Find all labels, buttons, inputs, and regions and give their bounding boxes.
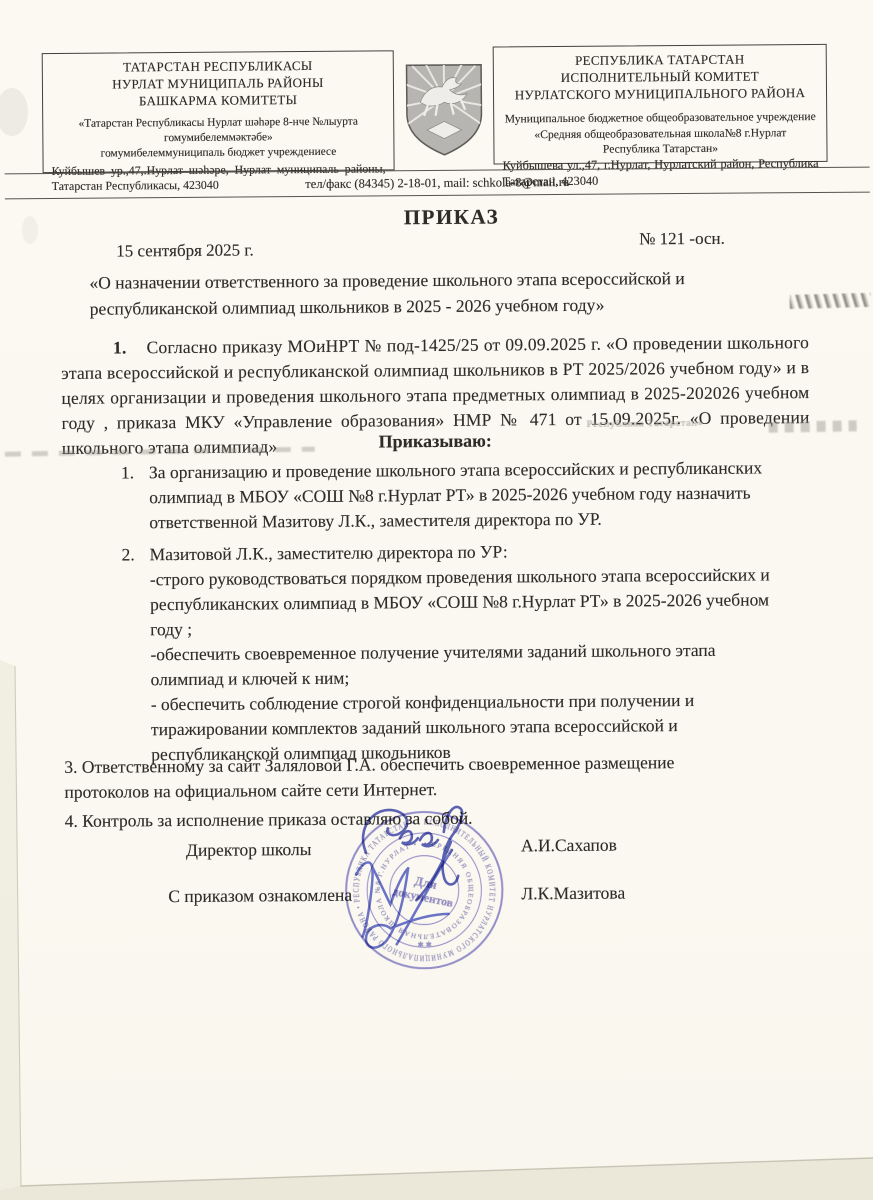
ghost-bleed-text: Республика Татарстан» [587, 418, 704, 430]
order-item-2: 2. Мазитовой Л.К., заместителю директора… [122, 537, 824, 767]
acquainted-signature [318, 840, 487, 961]
item-2-number: 2. [122, 542, 152, 767]
preamble-number: 1. [113, 337, 127, 357]
item-1-text: За организацию и проведение школьного эт… [149, 455, 822, 535]
order-item-1: 1. За организацию и проведение школьного… [121, 455, 822, 535]
item-1-number: 1. [121, 460, 150, 535]
letterhead-left-box: ТАТАРСТАН РЕСПУБЛИКАСЫ НУРЛАТ МУНИЦИПАЛЬ… [42, 50, 395, 173]
scanned-order-page: ТАТАРСТАН РЕСПУБЛИКАСЫ НУРЛАТ МУНИЦИПАЛЬ… [0, 0, 873, 1200]
letterhead-right-organization: Муниципальное бюджетное общеобразователь… [502, 109, 818, 157]
letterhead-right-box: РЕСПУБЛИКА ТАТАРСТАН ИСПОЛНИТЕЛЬНЫЙ КОМИ… [493, 44, 828, 165]
document-content: ТАТАРСТАН РЕСПУБЛИКАСЫ НУРЛАТ МУНИЦИПАЛЬ… [0, 0, 873, 1200]
smudge-artifact-right [769, 420, 857, 432]
order-item-3: 3. Ответственному за сайт Заляловой Г.А.… [64, 749, 794, 805]
dark-streak-artifact [789, 293, 870, 309]
letterhead: ТАТАРСТАН РЕСПУБЛИКАСЫ НУРЛАТ МУНИЦИПАЛЬ… [42, 47, 832, 173]
order-number: № 121 -осн. [639, 229, 725, 250]
order-date: 15 сентября 2025 г. [116, 240, 254, 261]
order-title: ПРИКАЗ [0, 202, 870, 234]
letterhead-right-committee: РЕСПУБЛИКА ТАТАРСТАН ИСПОЛНИТЕЛЬНЫЙ КОМИ… [502, 50, 818, 104]
letterhead-left-organization: «Татарстан Республикасы Нурлат шәһәре 8-… [51, 115, 385, 162]
acquainted-name: Л.К.Мазитова [521, 883, 625, 905]
contact-line: тел/факс (84345) 2-18-01, mail: schkola-… [5, 167, 870, 200]
order-subject: «О назначении ответственного за проведен… [89, 264, 809, 322]
director-label: Директор школы [186, 839, 312, 861]
director-name: А.И.Сахапов [521, 835, 617, 857]
coat-of-arms-icon [394, 50, 494, 171]
letterhead-left-committee: ТАТАРСТАН РЕСПУБЛИКАСЫ НУРЛАТ МУНИЦИПАЛЬ… [51, 56, 385, 110]
item-2-text: Мазитовой Л.К., заместителю директора по… [150, 537, 824, 767]
